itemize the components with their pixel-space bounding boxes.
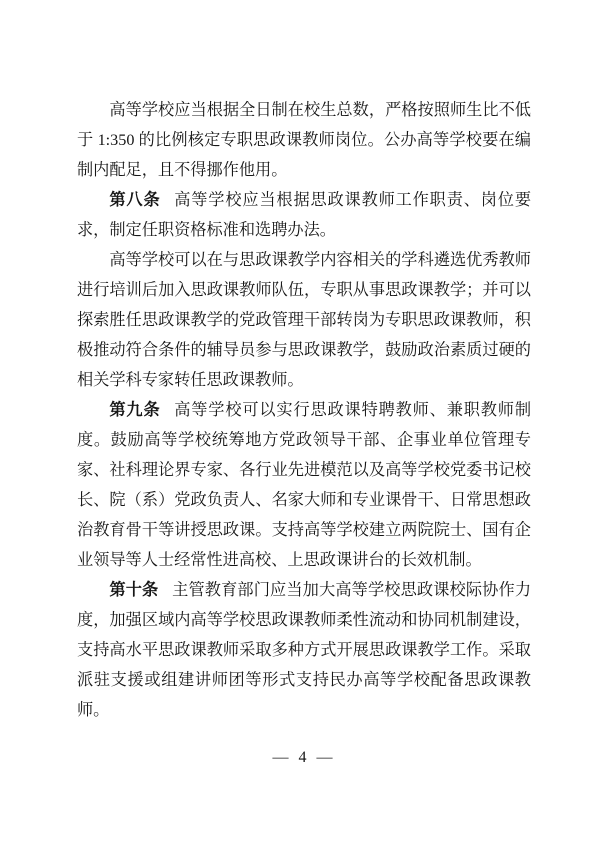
paragraph-text: 高等学校可以在与思政课教学内容相关的学科遴选优秀教师进行培训后加入思政课教师队伍…	[77, 251, 531, 389]
page-footer: — 4 —	[77, 749, 531, 767]
document-body: 高等学校应当根据全日制在校生总数，严格按照师生比不低于 1:350 的比例核定专…	[77, 95, 531, 725]
page-number: — 4 —	[273, 749, 336, 766]
paragraph-article-10: 第十条主管教育部门应当加大高等学校思政课校际协作力度，加强区域内高等学校思政课教…	[77, 575, 531, 725]
paragraph-article-9: 第九条高等学校可以实行思政课特聘教师、兼职教师制度。鼓励高等学校统筹地方党政领导…	[77, 395, 531, 575]
paragraph-article-8: 第八条高等学校应当根据思政课教师工作职责、岗位要求，制定任职资格标准和选聘办法。	[77, 185, 531, 245]
article-term: 第十条	[109, 581, 158, 599]
paragraph-text: 高等学校可以实行思政课特聘教师、兼职教师制度。鼓励高等学校统筹地方党政领导干部、…	[77, 401, 531, 569]
document-page: 高等学校应当根据全日制在校生总数，严格按照师生比不低于 1:350 的比例核定专…	[0, 0, 600, 848]
article-term: 第八条	[109, 191, 160, 209]
paragraph: 高等学校可以在与思政课教学内容相关的学科遴选优秀教师进行培训后加入思政课教师队伍…	[77, 245, 531, 395]
article-term: 第九条	[109, 401, 160, 419]
paragraph-text: 主管教育部门应当加大高等学校思政课校际协作力度，加强区域内高等学校思政课教师柔性…	[77, 581, 531, 719]
paragraph-text: 高等学校应当根据全日制在校生总数，严格按照师生比不低于 1:350 的比例核定专…	[77, 101, 531, 179]
paragraph: 高等学校应当根据全日制在校生总数，严格按照师生比不低于 1:350 的比例核定专…	[77, 95, 531, 185]
